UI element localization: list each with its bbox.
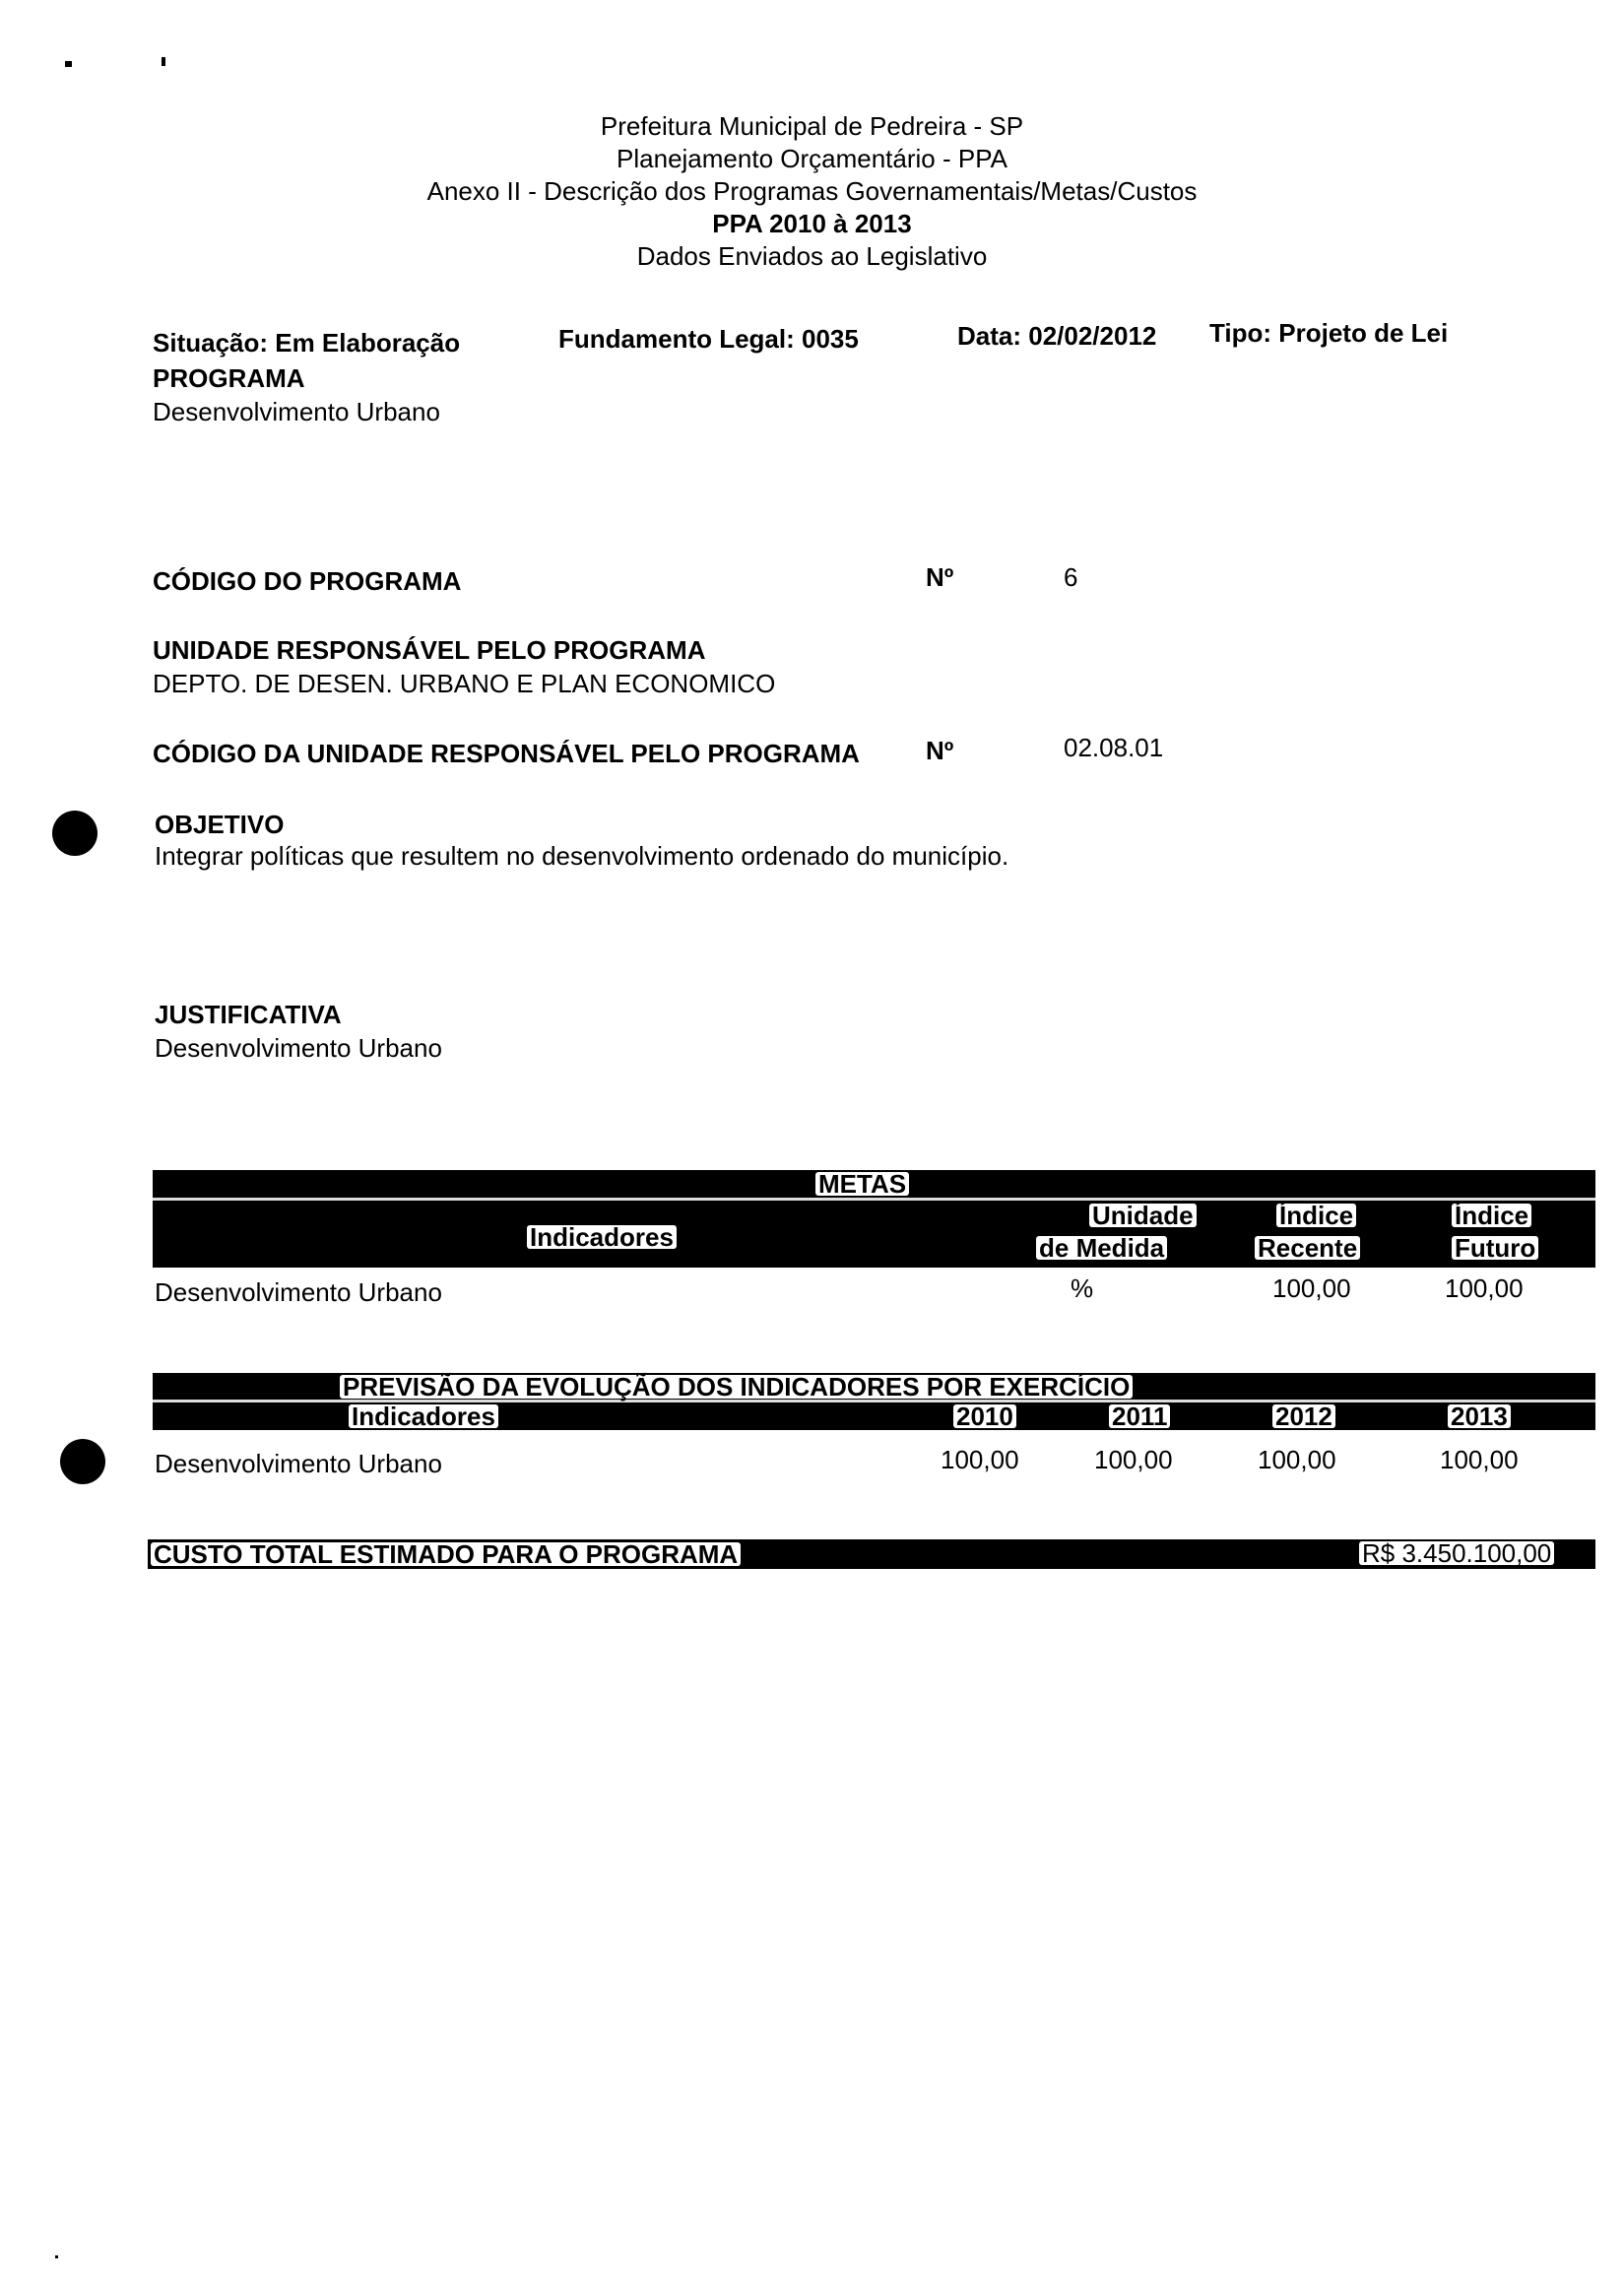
header-sent: Dados Enviados ao Legislativo <box>0 240 1624 273</box>
previsao-col-2013: 2013 <box>1448 1404 1511 1428</box>
previsao-row-2010: 100,00 <box>941 1445 1019 1475</box>
previsao-row-2012: 100,00 <box>1258 1445 1336 1475</box>
metas-col-futuro-2: Futuro <box>1452 1236 1538 1260</box>
header-annex: Anexo II - Descrição dos Programas Gover… <box>0 175 1624 208</box>
metas-col-recente-1: Índice <box>1276 1204 1356 1227</box>
objetivo-value: Integrar políticas que resultem no desen… <box>155 841 1008 872</box>
codigo-programa-label: CÓDIGO DO PROGRAMA <box>153 566 461 597</box>
custo-value: R$ 3.450.100,00 <box>1359 1541 1554 1565</box>
unidade-label: UNIDADE RESPONSÁVEL PELO PROGRAMA <box>153 635 705 666</box>
metas-col-unidade-1: Unidade <box>1089 1204 1197 1227</box>
previsao-row-2011: 100,00 <box>1094 1445 1173 1475</box>
programa-value: Desenvolvimento Urbano <box>153 397 440 427</box>
custo-label: CUSTO TOTAL ESTIMADO PARA O PROGRAMA <box>151 1542 741 1566</box>
metas-title: METAS <box>815 1172 909 1196</box>
metas-col-indicadores: Indicadores <box>527 1225 677 1249</box>
header-ppa-period: PPA 2010 à 2013 <box>0 208 1624 240</box>
objetivo-label: OBJETIVO <box>155 810 284 840</box>
codigo-programa-value: 6 <box>1064 562 1077 593</box>
punch-hole <box>52 811 97 856</box>
document-header: Prefeitura Municipal de Pedreira - SP Pl… <box>0 110 1624 273</box>
metas-col-unidade-2: de Medida <box>1036 1236 1167 1260</box>
punch-hole <box>60 1439 105 1484</box>
previsao-col-2012: 2012 <box>1272 1404 1335 1428</box>
codigo-unidade-label: CÓDIGO DA UNIDADE RESPONSÁVEL PELO PROGR… <box>153 739 860 769</box>
metas-row-recente: 100,00 <box>1272 1273 1351 1304</box>
previsao-title: PREVISÃO DA EVOLUÇÃO DOS INDICADORES POR… <box>340 1375 1133 1399</box>
metas-col-recente-2: Recente <box>1255 1236 1360 1260</box>
previsao-row-indicador: Desenvolvimento Urbano <box>155 1449 442 1479</box>
header-municipality: Prefeitura Municipal de Pedreira - SP <box>0 110 1624 143</box>
codigo-unidade-no: Nº <box>926 736 953 766</box>
fundamento-legal: Fundamento Legal: 0035 <box>558 324 859 355</box>
scan-speck <box>55 2255 58 2258</box>
header-planning: Planejamento Orçamentário - PPA <box>0 143 1624 175</box>
previsao-col-2010: 2010 <box>953 1404 1016 1428</box>
codigo-programa-no: Nº <box>926 562 953 593</box>
metas-row-futuro: 100,00 <box>1445 1273 1524 1304</box>
situacao: Situação: Em Elaboração <box>153 328 460 359</box>
programa-label: PROGRAMA <box>153 363 305 394</box>
metas-row-indicador: Desenvolvimento Urbano <box>155 1277 442 1308</box>
data: Data: 02/02/2012 <box>957 321 1156 352</box>
unidade-value: DEPTO. DE DESEN. URBANO E PLAN ECONOMICO <box>153 669 775 699</box>
metas-row-unidade: % <box>1071 1273 1093 1304</box>
codigo-unidade-value: 02.08.01 <box>1064 733 1163 763</box>
justificativa-value: Desenvolvimento Urbano <box>155 1033 442 1064</box>
metas-col-futuro-1: Índice <box>1452 1204 1531 1227</box>
tipo: Tipo: Projeto de Lei <box>1209 318 1448 349</box>
scan-speck <box>162 57 165 66</box>
previsao-row-2013: 100,00 <box>1440 1445 1519 1475</box>
justificativa-label: JUSTIFICATIVA <box>155 1000 342 1030</box>
previsao-col-indicadores: Indicadores <box>349 1404 498 1428</box>
scan-speck <box>65 61 72 67</box>
previsao-col-2011: 2011 <box>1109 1404 1170 1428</box>
